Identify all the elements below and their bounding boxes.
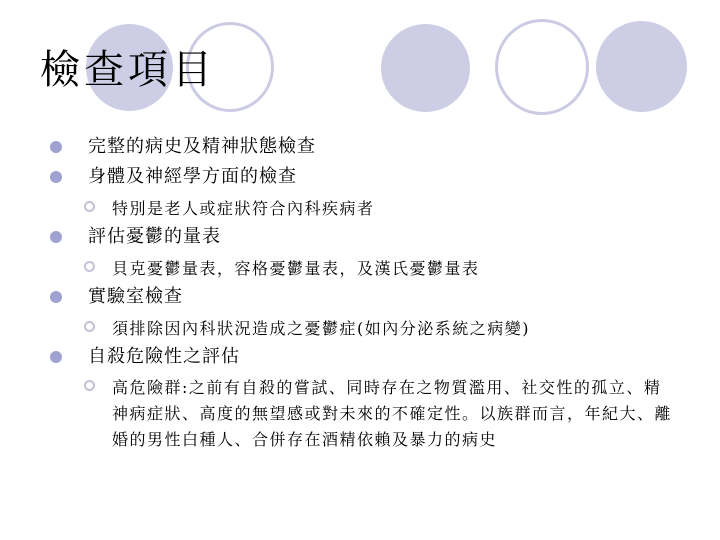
- sub-bullet-ring-icon: [84, 321, 95, 332]
- bullet-item: 評估憂鬱的量表: [50, 226, 221, 248]
- sub-bullet-text: 須排除因內科狀況造成之憂鬱症(如內分泌系統之病變): [112, 316, 530, 342]
- bullet-text: 自殺危險性之評估: [88, 346, 240, 368]
- presentation-slide: 檢查項目 完整的病史及精神狀態檢查 身體及神經學方面的檢查 特別是老人或症狀符合…: [0, 0, 720, 540]
- bullet-dot-icon: [50, 231, 62, 243]
- bullet-dot-icon: [50, 351, 62, 363]
- bullet-item: 完整的病史及精神狀態檢查: [50, 136, 316, 158]
- bullet-text: 身體及神經學方面的檢查: [88, 166, 297, 188]
- sub-bullet-text: 貝克憂鬱量表，容格憂鬱量表，及漢氏憂鬱量表: [112, 256, 480, 282]
- bullet-text: 完整的病史及精神狀態檢查: [88, 136, 316, 158]
- bullet-text: 評估憂鬱的量表: [88, 226, 221, 248]
- sub-bullet-item: 貝克憂鬱量表，容格憂鬱量表，及漢氏憂鬱量表: [84, 256, 480, 282]
- sub-bullet-text: 特別是老人或症狀符合內科疾病者: [112, 196, 375, 222]
- bullet-item: 實驗室檢查: [50, 286, 183, 308]
- sub-bullet-item: 高危險群:之前有自殺的嘗試、同時存在之物質濫用、社交性的孤立、精神病症狀、高度的…: [84, 375, 678, 453]
- sub-bullet-text: 高危險群:之前有自殺的嘗試、同時存在之物質濫用、社交性的孤立、精神病症狀、高度的…: [112, 375, 678, 453]
- bullet-dot-icon: [50, 141, 62, 153]
- bullet-item: 自殺危險性之評估: [50, 346, 240, 368]
- decorative-outlined-circle: [495, 19, 589, 115]
- sub-bullet-ring-icon: [84, 261, 95, 272]
- sub-bullet-item: 須排除因內科狀況造成之憂鬱症(如內分泌系統之病變): [84, 316, 530, 342]
- bullet-text: 實驗室檢查: [88, 286, 183, 308]
- sub-bullet-ring-icon: [84, 380, 95, 391]
- bullet-dot-icon: [50, 171, 62, 183]
- decorative-filled-circle: [596, 21, 687, 112]
- sub-bullet-ring-icon: [84, 201, 95, 212]
- sub-bullet-item: 特別是老人或症狀符合內科疾病者: [84, 196, 375, 222]
- decorative-filled-circle: [381, 24, 470, 112]
- bullet-dot-icon: [50, 291, 62, 303]
- slide-title: 檢查項目: [40, 48, 216, 92]
- bullet-item: 身體及神經學方面的檢查: [50, 166, 297, 188]
